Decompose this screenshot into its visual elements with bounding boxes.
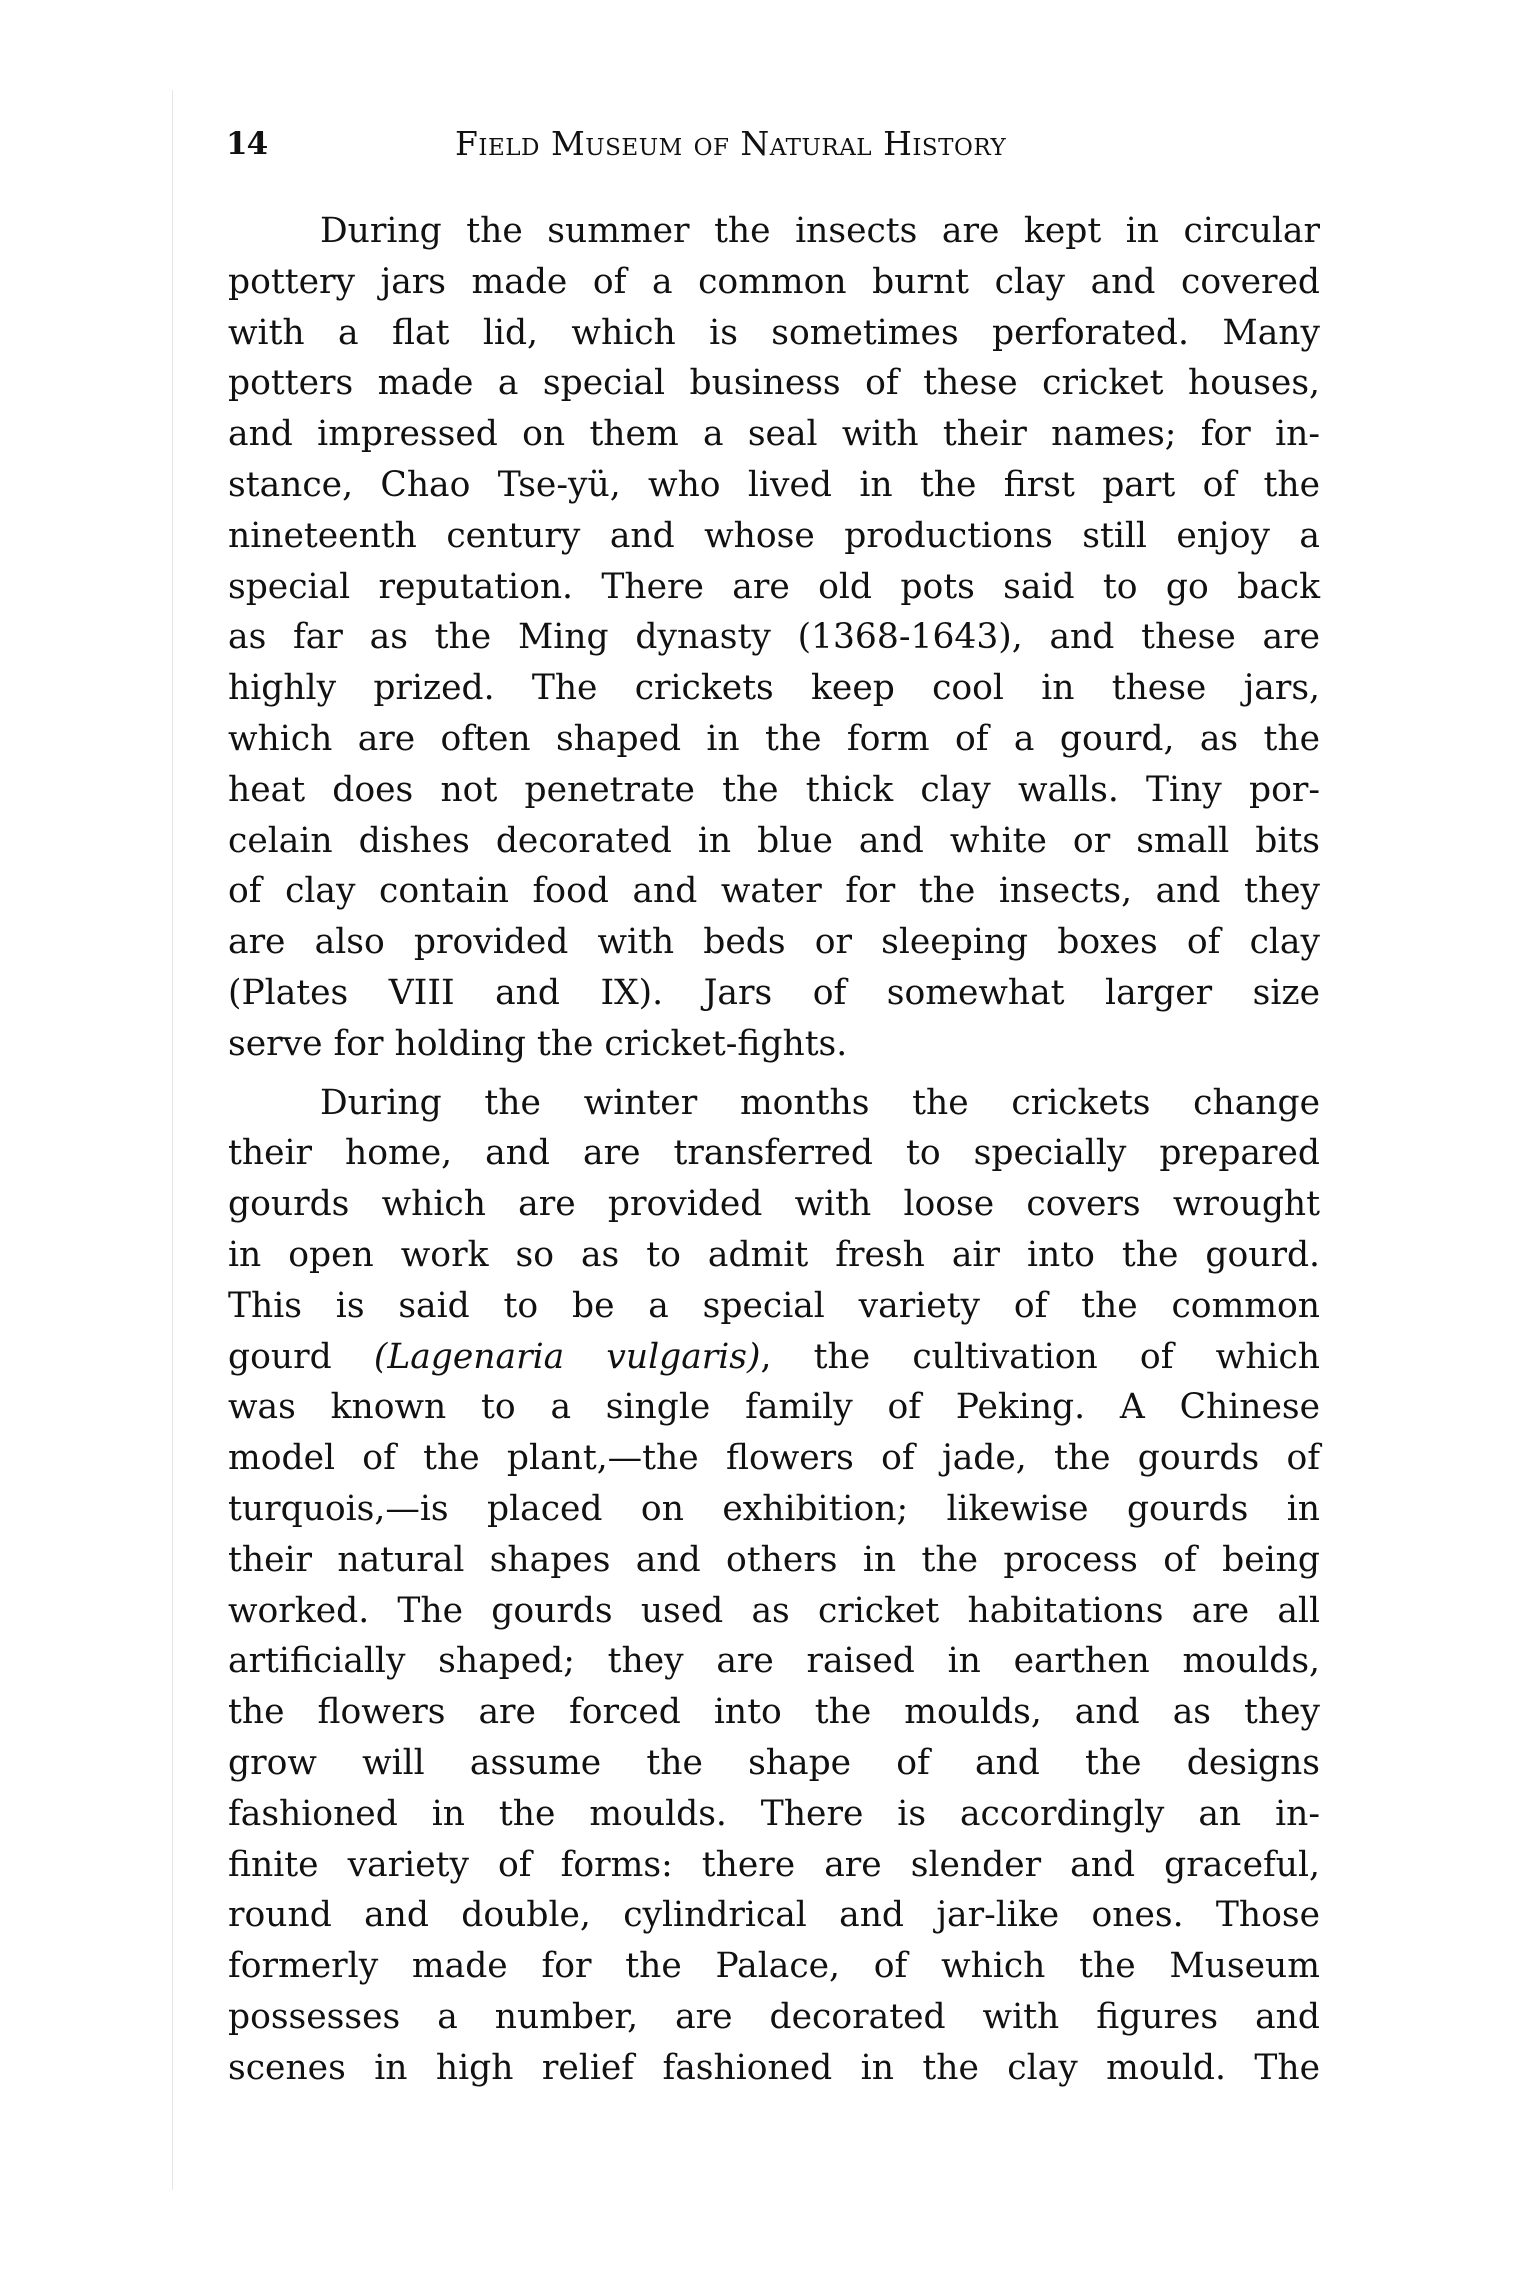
text-line: and impressed on them a seal with their …: [228, 409, 1320, 460]
text-line: nineteenth century and whose productions…: [228, 511, 1320, 562]
text-line: During the summer the insects are kept i…: [228, 206, 1320, 257]
text-line: scenes in high relief fashioned in the c…: [228, 2043, 1320, 2094]
text-line: stance, Chao Tse-yü, who lived in the fi…: [228, 460, 1320, 511]
paragraph-summer-jars: During the summer the insects are kept i…: [228, 206, 1320, 1070]
text-line: highly prized. The crickets keep cool in…: [228, 663, 1320, 714]
text-line-with-italic: gourd (Lagenaria vulgaris), the cultivat…: [228, 1332, 1320, 1383]
page-number: 14: [226, 124, 267, 164]
text-line: which are often shaped in the form of a …: [228, 714, 1320, 765]
text-line: This is said to be a special variety of …: [228, 1281, 1320, 1332]
text-line: worked. The gourds used as cricket habit…: [228, 1586, 1320, 1637]
text-line: with a flat lid, which is sometimes perf…: [228, 308, 1320, 359]
text-line: fashioned in the moulds. There is accord…: [228, 1789, 1320, 1840]
text-line: special reputation. There are old pots s…: [228, 562, 1320, 613]
text-line: possesses a number, are decorated with f…: [228, 1992, 1320, 2043]
text-line: round and double, cylindrical and jar-li…: [228, 1890, 1320, 1941]
text-line: celain dishes decorated in blue and whit…: [228, 816, 1320, 867]
paragraph-winter-gourds: During the winter months the crickets ch…: [228, 1078, 1320, 2094]
text-line: gourds which are provided with loose cov…: [228, 1179, 1320, 1230]
text-line: serve for holding the cricket-fights.: [228, 1019, 1320, 1070]
running-head: 14 Field Museum of Natural History: [226, 124, 1318, 168]
text-line: (Plates VIII and IX). Jars of somewhat l…: [228, 968, 1320, 1019]
latin-species-name: (Lagenaria vulgaris): [374, 1337, 761, 1377]
text-line: model of the plant,—the flowers of jade,…: [228, 1433, 1320, 1484]
text-line: was known to a single family of Peking. …: [228, 1382, 1320, 1433]
text-line: the flowers are forced into the moulds, …: [228, 1687, 1320, 1738]
text-line: their home, and are transferred to speci…: [228, 1128, 1320, 1179]
text-line: formerly made for the Palace, of which t…: [228, 1941, 1320, 1992]
text-line: their natural shapes and others in the p…: [228, 1535, 1320, 1586]
text-line: grow will assume the shape of and the de…: [228, 1738, 1320, 1789]
header-title: Field Museum of Natural History: [455, 124, 1006, 164]
text-line: artificially shaped; they are raised in …: [228, 1636, 1320, 1687]
text-line: turquois,—is placed on exhibition; likew…: [228, 1484, 1320, 1535]
text-line: finite variety of forms: there are slend…: [228, 1840, 1320, 1891]
body-text: During the summer the insects are kept i…: [228, 206, 1320, 2093]
text-line: as far as the Ming dynasty (1368-1643), …: [228, 612, 1320, 663]
page-edge-line: [172, 90, 173, 2190]
text-line: potters made a special business of these…: [228, 358, 1320, 409]
text-line: are also provided with beds or sleeping …: [228, 917, 1320, 968]
text-line: of clay contain food and water for the i…: [228, 866, 1320, 917]
text-line: pottery jars made of a common burnt clay…: [228, 257, 1320, 308]
text-line: heat does not penetrate the thick clay w…: [228, 765, 1320, 816]
text-line: in open work so as to admit fresh air in…: [228, 1230, 1320, 1281]
text-line: During the winter months the crickets ch…: [228, 1078, 1320, 1129]
